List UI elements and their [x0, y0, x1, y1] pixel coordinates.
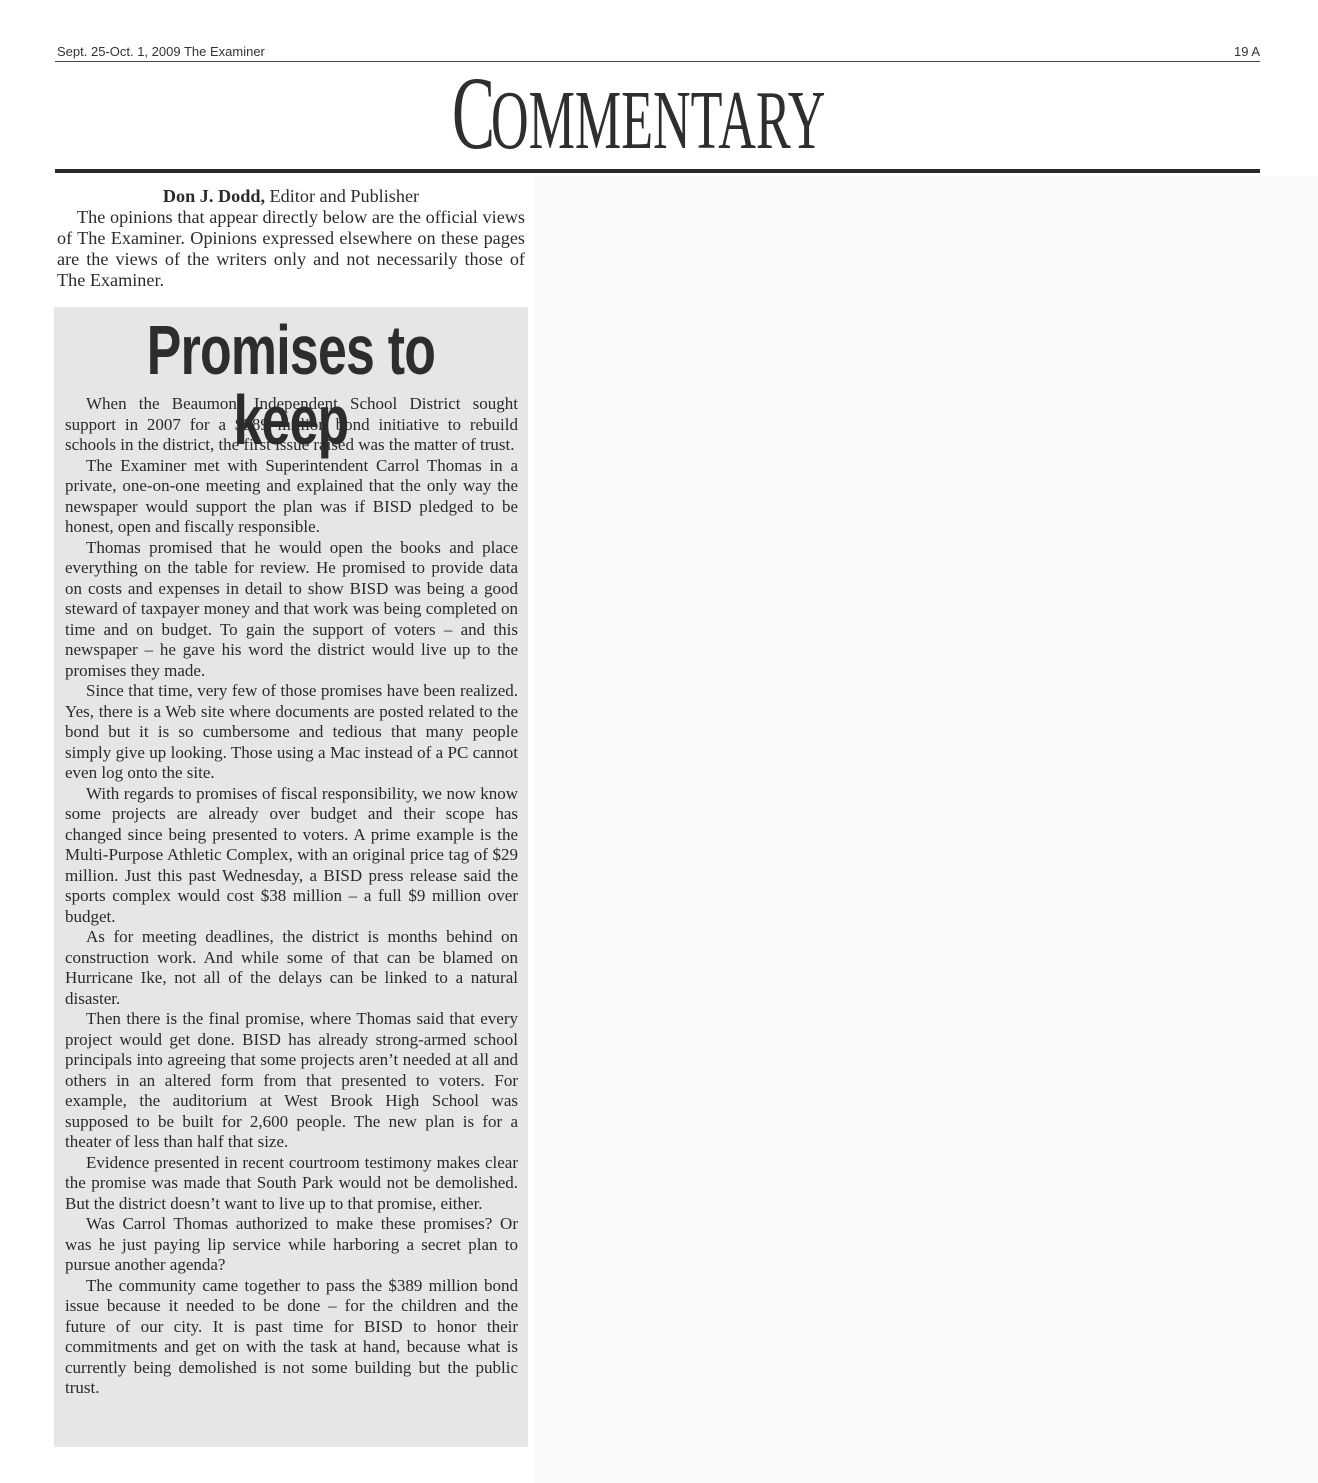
publication-date: Sept. 25-Oct. 1, 2009 The Examiner [57, 44, 265, 59]
paragraph: Then there is the final promise, where T… [65, 1009, 518, 1153]
opinion-disclaimer: The opinions that appear directly below … [57, 207, 525, 291]
section-divider [55, 169, 1260, 173]
editorial-masthead: Don J. Dodd, Editor and Publisher The op… [57, 186, 525, 291]
paragraph: Thomas promised that he would open the b… [65, 538, 518, 682]
paragraph: Since that time, very few of those promi… [65, 681, 518, 784]
section-title-initial: C [452, 62, 495, 166]
editor-credit: Don J. Dodd, Editor and Publisher [57, 186, 525, 207]
paragraph: Was Carrol Thomas authorized to make the… [65, 1214, 518, 1276]
section-title: COMMENTARY [452, 62, 1031, 172]
editor-role: Editor and Publisher [265, 186, 419, 206]
editor-name: Don J. Dodd, [163, 186, 265, 206]
paragraph: With regards to promises of fiscal respo… [65, 784, 518, 928]
editorial-body: When the Beaumont Independent School Dis… [65, 394, 518, 1399]
paragraph: When the Beaumont Independent School Dis… [65, 394, 518, 456]
paragraph: Evidence presented in recent courtroom t… [65, 1153, 518, 1215]
editorial-box: Promises to keep When the Beaumont Indep… [54, 307, 528, 1447]
page-folio: Sept. 25-Oct. 1, 2009 The Examiner 19 A [56, 44, 1260, 60]
paragraph: As for meeting deadlines, the district i… [65, 927, 518, 1009]
blank-page-area [535, 176, 1318, 1483]
paragraph: The community came together to pass the … [65, 1276, 518, 1399]
paragraph: The Examiner met with Superintendent Car… [65, 456, 518, 538]
section-title-rest: OMMENTARY [491, 79, 825, 163]
page-number: 19 A [1234, 44, 1260, 59]
